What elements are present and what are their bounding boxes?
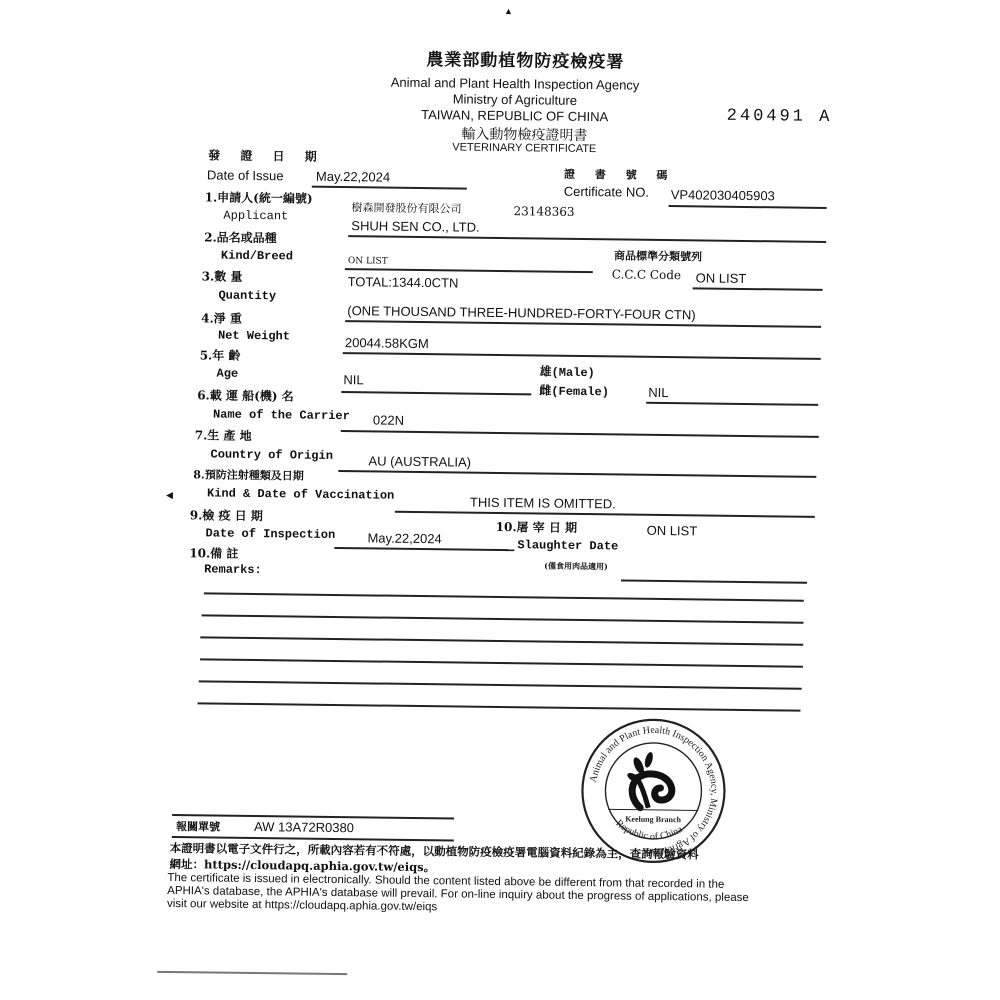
customs-number: AW 13A72R0380 [254,819,354,835]
underline [669,205,827,209]
underline [395,511,815,518]
kind-label-zh: 2.品名或品種 [204,228,277,246]
remarks-label: Remarks: [204,562,262,577]
ccc-label-zh: 商品標準分類號列 [614,247,702,264]
net-weight-label-zh: 4.淨 重 [201,309,242,326]
age-label: Age [216,367,238,381]
issue-date-label: Date of Issue [207,167,284,183]
agency-name-zh: 農業部動植物防疫檢疫署 [385,45,665,73]
certificate-title-en: VETERINARY CERTIFICATE [384,141,664,156]
vaccination-label: Kind & Date of Vaccination [207,486,394,502]
remarks-line [197,702,800,711]
remarks-line [621,579,807,583]
slaughter-label: Slaughter Date [517,538,618,553]
serial-number: 240491 A [727,107,833,127]
vaccination-label-zh: 8.預防注射種類及日期 [193,466,304,483]
issue-date-value: May.22,2024 [316,169,390,185]
inspection-label: Date of Inspection [205,526,335,542]
carrier-value: 022N [373,412,404,427]
certificate-no-label: Certificate NO. [564,184,649,200]
seal-emblem-icon: Animal and Plant Health Inspection Agenc… [578,715,730,867]
net-weight-value: 20044.58KGM [345,335,429,351]
underline [348,235,826,242]
remarks-line [200,658,803,667]
remarks-label-zh: 10.備 註 [189,544,238,562]
sex-value: NIL [648,385,668,400]
inspection-value: May.22,2024 [367,530,441,546]
vaccination-value: THIS ITEM IS OMITTED. [470,495,616,512]
quantity-label-zh: 3.數 量 [202,267,243,284]
official-seal-stamp: Animal and Plant Health Inspection Agenc… [578,715,730,867]
footer-notice-en-3: visit our website at https://cloudapq.ap… [167,898,437,913]
customs-label-zh: 報關單號 [176,818,220,835]
remarks-line [204,592,804,601]
male-label: 雄(Male) [539,362,594,380]
remarks-line [199,680,802,689]
underline [312,186,467,189]
applicant-name-zh: 樹森開發股份有限公司 [351,199,461,216]
underline [345,320,821,327]
carrier-label-zh: 6.載 運 船(機) 名 [197,386,294,404]
female-label: 雌(Female) [539,381,609,399]
bottom-line [157,971,347,975]
certificate-no-label-zh: 證 書 號 碼 [564,166,676,183]
carrier-label: Name of the Carrier [213,407,350,423]
applicant-name: SHUH SEN CO., LTD. [351,218,480,235]
applicant-tax-id: 23148363 [513,204,574,219]
origin-label: Country of Origin [210,447,333,462]
slaughter-value: ON LIST [647,523,698,539]
left-marker-icon: ◀ [166,490,173,501]
underline [341,430,819,437]
quantity-label: Quantity [218,289,276,304]
applicant-label: Applicant [223,209,288,224]
kind-value: ON LIST [348,256,388,266]
inspection-label-zh: 9.檢 疫 日 期 [190,506,263,524]
svg-text:Keelung Branch: Keelung Branch [625,815,681,825]
slaughter-label-zh: 10.屠 宰 日 期 [496,518,578,536]
quantity-words: (ONE THOUSAND THREE-HUNDRED-FORTY-FOUR C… [347,303,696,322]
origin-value: AU (AUSTRALIA) [368,453,471,469]
origin-label-zh: 7.生 產 地 [195,426,252,444]
remarks-line [200,636,803,645]
underline [345,268,593,273]
quantity-value: TOTAL:1344.0CTN [348,274,459,290]
slaughter-note: (僅食用肉品適用) [544,561,608,573]
remarks-line [202,614,804,623]
net-weight-label: Net Weight [218,329,290,344]
top-marker-icon: ▲ [504,6,513,16]
underline [343,352,821,359]
underline [693,287,823,290]
issue-date-label-zh: 發 證 日 期 [208,146,325,164]
certificate-no-value: VP402030405903 [671,187,775,203]
underline [334,547,514,551]
age-value: NIL [343,372,363,387]
underline [646,402,818,406]
underline [338,470,816,477]
kind-label: Kind/Breed [221,249,293,264]
applicant-label-zh: 1.申請人(統一編號) [205,188,313,206]
underline [341,391,531,395]
ccc-value: ON LIST [696,270,747,286]
age-label-zh: 5.年 齡 [200,346,241,363]
veterinary-certificate: ▲ ◀ 農業部動植物防疫檢疫署 Animal and Plant Health … [0,0,1000,1000]
ccc-label: C.C.C Code [612,267,681,282]
